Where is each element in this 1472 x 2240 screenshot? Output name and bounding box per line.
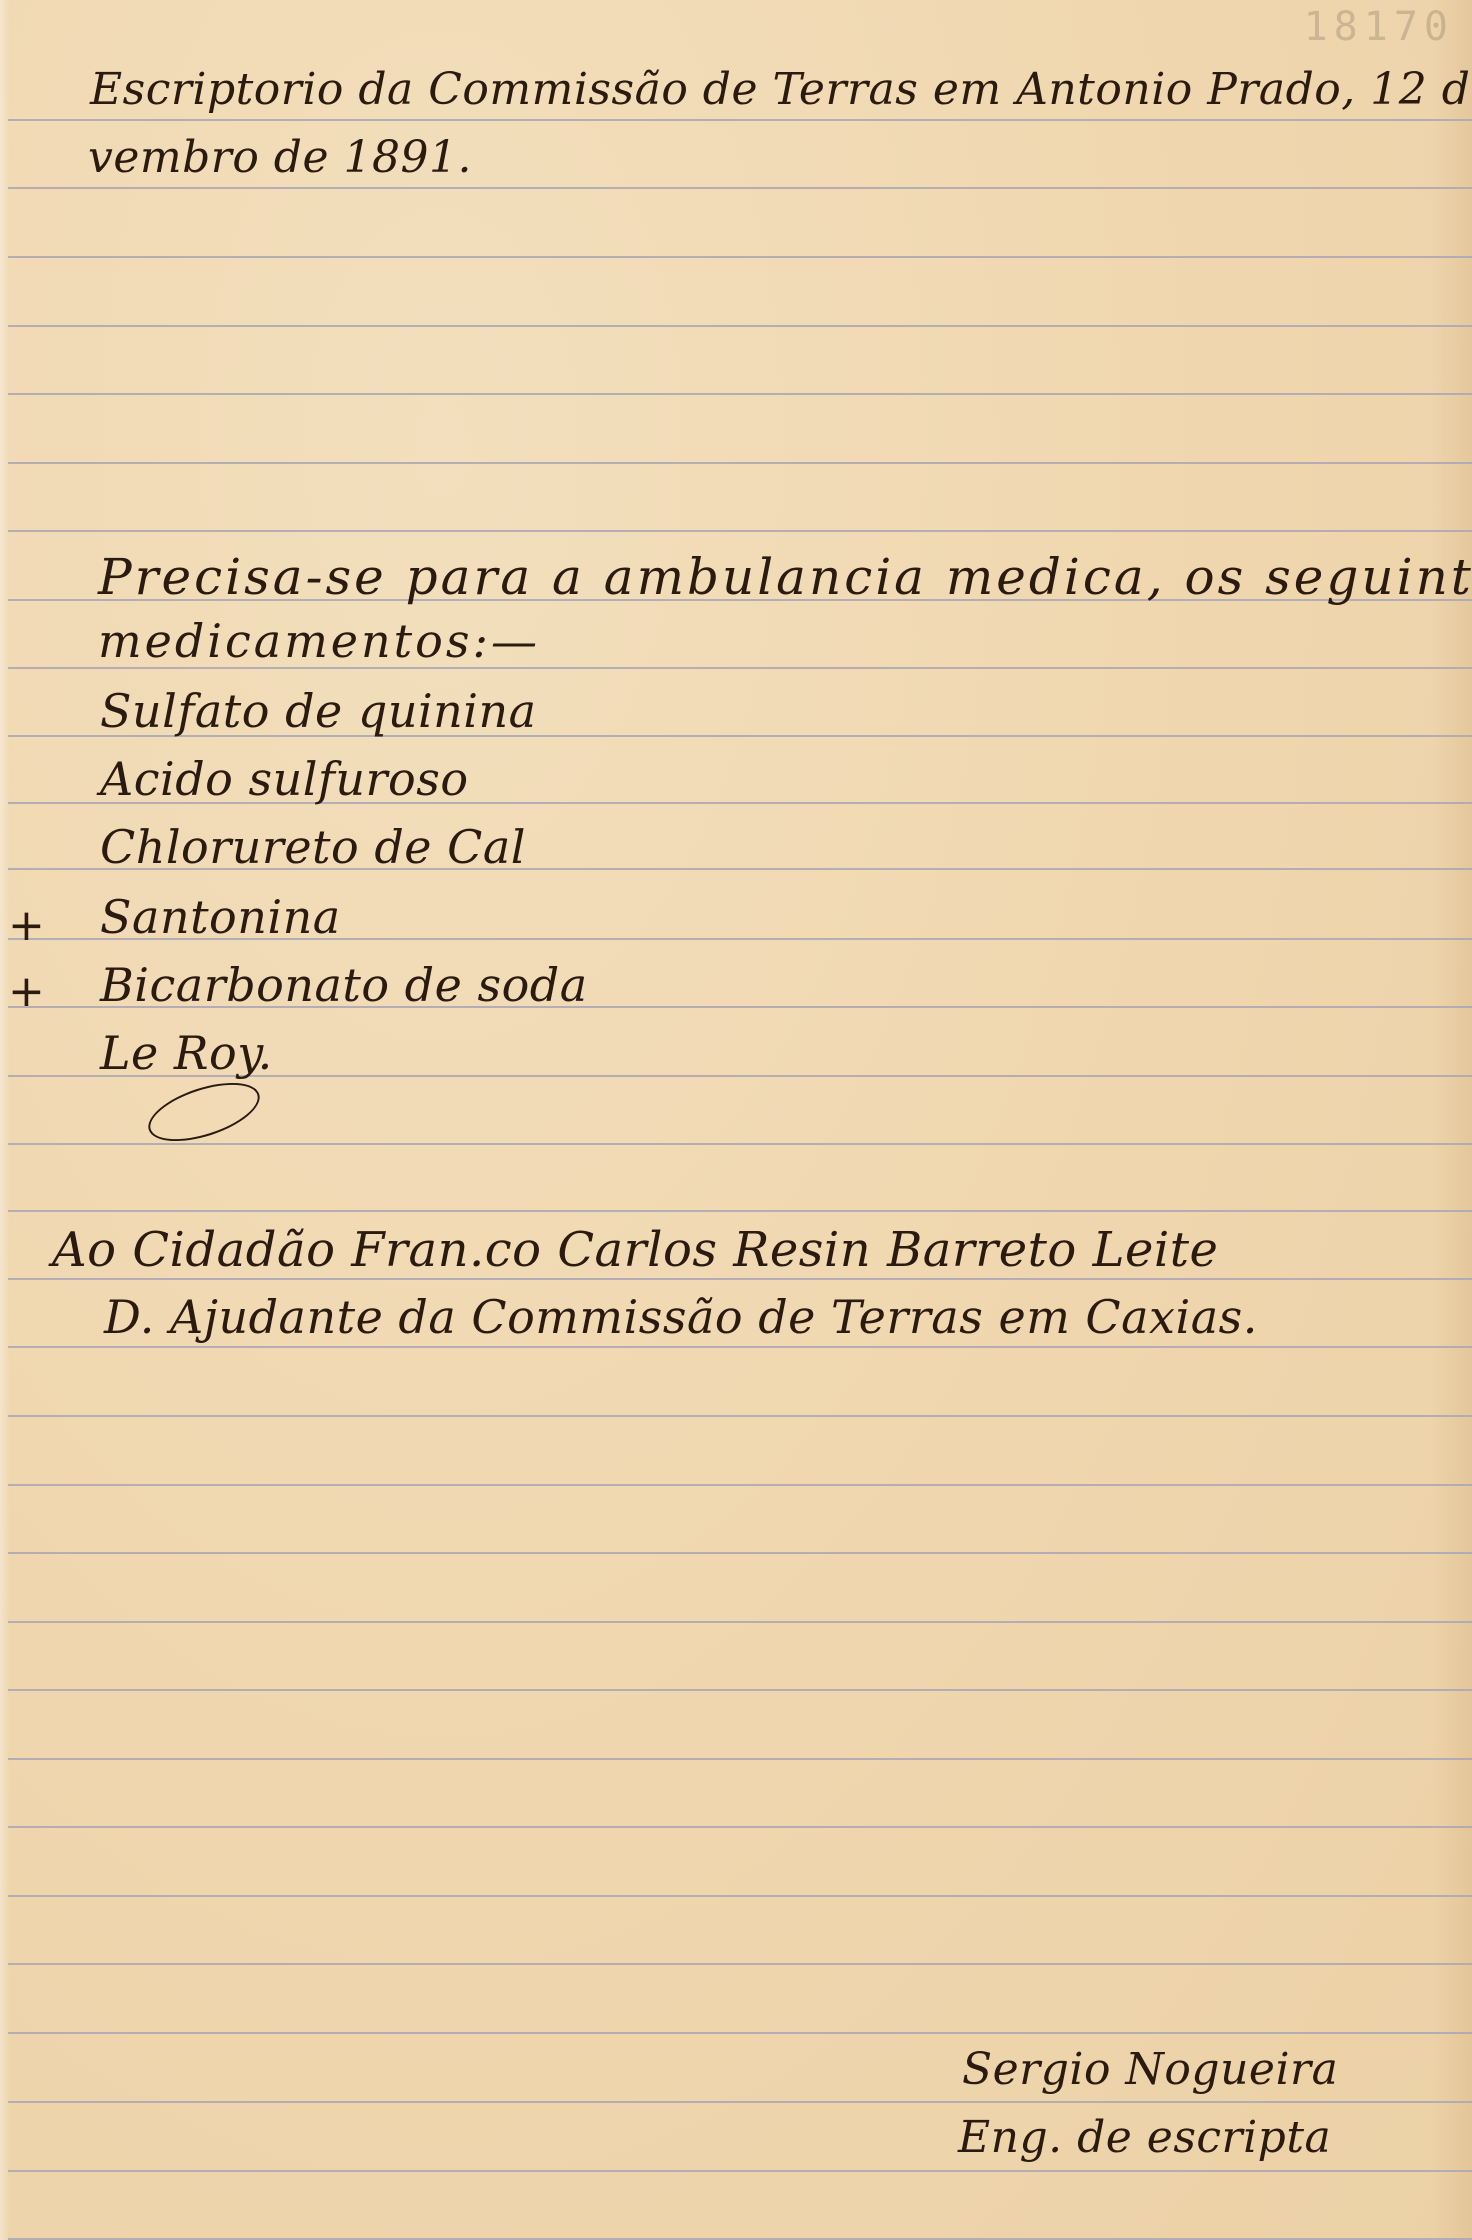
medication-item: Sulfato de quinina — [100, 684, 537, 738]
ruled-line — [8, 1689, 1472, 1691]
ruled-line — [8, 2170, 1472, 2172]
medication-item: Chlorureto de Cal — [100, 820, 526, 874]
letter-page: 18170 Escriptorio da Commissão de Terras… — [0, 0, 1472, 2240]
ruled-line — [8, 530, 1472, 532]
ruled-line — [8, 325, 1472, 327]
ruled-line — [8, 1895, 1472, 1897]
ruled-line — [8, 187, 1472, 189]
ruled-line — [8, 1484, 1472, 1486]
signature-name: Sergio Nogueira — [962, 2044, 1338, 2095]
ruled-line — [8, 1143, 1472, 1145]
ruled-line — [8, 256, 1472, 258]
signature-title: Eng. de escripta — [958, 2112, 1331, 2163]
heading-line-1: Escriptorio da Commissão de Terras em An… — [90, 64, 1472, 115]
addressee-line-2: D. Ajudante da Commissão de Terras em Ca… — [104, 1290, 1258, 1344]
archive-number-stamp: 18170 — [1304, 4, 1454, 50]
ruled-line — [8, 1346, 1472, 1348]
request-line-2: medicamentos:— — [98, 614, 540, 668]
medication-item: Le Roy. — [100, 1026, 273, 1080]
plus-mark-icon: + — [8, 966, 45, 1017]
ruled-line — [8, 1278, 1472, 1280]
addressee-line-1: Ao Cidadão Fran.co Carlos Resin Barreto … — [52, 1222, 1218, 1278]
ruled-line — [8, 462, 1472, 464]
ruled-line — [8, 1758, 1472, 1760]
medication-item: Bicarbonato de soda — [100, 958, 588, 1012]
heading-line-2: vembro de 1891. — [88, 132, 472, 183]
plus-mark-icon: + — [8, 900, 45, 951]
ruled-line — [8, 1552, 1472, 1554]
ruled-line — [8, 1826, 1472, 1828]
ruled-line — [8, 119, 1472, 121]
flourish-icon — [141, 1071, 266, 1152]
medication-item: Santonina — [100, 890, 341, 944]
medication-item: Acido sulfuroso — [100, 752, 469, 806]
ruled-line — [8, 1963, 1472, 1965]
ruled-line — [8, 1415, 1472, 1417]
ruled-line — [8, 1621, 1472, 1623]
ruled-line — [8, 2101, 1472, 2103]
ruled-line — [8, 1210, 1472, 1212]
ruled-line — [8, 2032, 1472, 2034]
ruled-line — [8, 393, 1472, 395]
request-line-1: Precisa-se para a ambulancia medica, os … — [98, 548, 1472, 606]
